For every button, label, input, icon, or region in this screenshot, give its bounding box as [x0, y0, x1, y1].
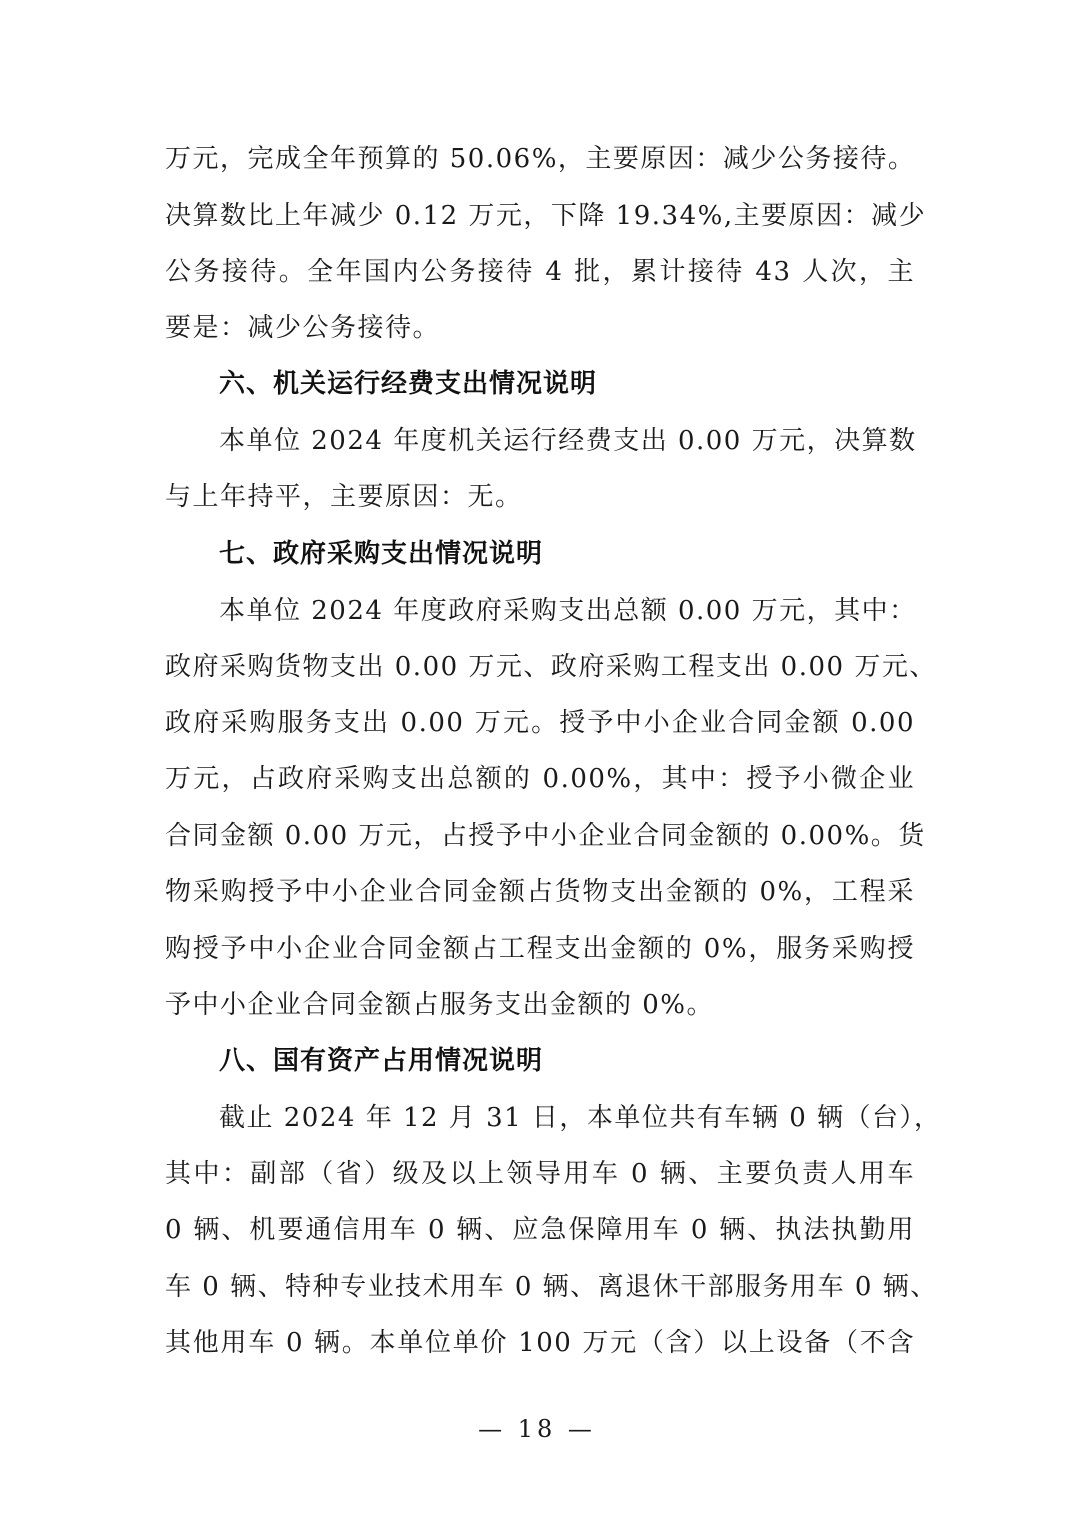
- paragraph-line: 万元，占政府采购支出总额的 0.00%，其中：授予小微企业: [165, 762, 915, 796]
- paragraph-line: 购授予中小企业合同金额占工程支出金额的 0%，服务采购授: [165, 932, 915, 966]
- paragraph-line: 本单位 2024 年度机关运行经费支出 0.00 万元，决算数: [219, 424, 915, 458]
- paragraph-line: 车 0 辆、特种专业技术用车 0 辆、离退休干部服务用车 0 辆、: [165, 1270, 915, 1304]
- paragraph-line: 政府采购货物支出 0.00 万元、政府采购工程支出 0.00 万元、: [165, 650, 915, 684]
- paragraph-line: 截止 2024 年 12 月 31 日，本单位共有车辆 0 辆（台），: [219, 1101, 915, 1135]
- paragraph-line: 予中小企业合同金额占服务支出金额的 0%。: [165, 988, 915, 1022]
- section-heading-7: 七、政府采购支出情况说明: [219, 537, 543, 571]
- paragraph-line: 决算数比上年减少 0.12 万元，下降 19.34%,主要原因：减少: [165, 199, 915, 233]
- section-heading-6: 六、机关运行经费支出情况说明: [219, 367, 597, 401]
- paragraph-line: 万元，完成全年预算的 50.06%，主要原因：减少公务接待。: [165, 142, 915, 176]
- paragraph-line: 合同金额 0.00 万元，占授予中小企业合同金额的 0.00%。货: [165, 819, 915, 853]
- section-heading-8: 八、国有资产占用情况说明: [219, 1044, 543, 1078]
- paragraph-line: 本单位 2024 年度政府采购支出总额 0.00 万元，其中：: [219, 594, 915, 628]
- paragraph-line: 0 辆、机要通信用车 0 辆、应急保障用车 0 辆、执法执勤用: [165, 1213, 915, 1247]
- page-number: — 18 —: [0, 1414, 1074, 1444]
- paragraph-line: 要是：减少公务接待。: [165, 311, 915, 345]
- paragraph-line: 其他用车 0 辆。本单位单价 100 万元（含）以上设备（不含: [165, 1326, 915, 1360]
- paragraph-line: 政府采购服务支出 0.00 万元。授予中小企业合同金额 0.00: [165, 706, 915, 740]
- paragraph-line: 公务接待。全年国内公务接待 4 批，累计接待 43 人次，主: [165, 255, 915, 289]
- document-page: 万元，完成全年预算的 50.06%，主要原因：减少公务接待。 决算数比上年减少 …: [0, 0, 1074, 1520]
- paragraph-line: 物采购授予中小企业合同金额占货物支出金额的 0%，工程采: [165, 875, 915, 909]
- paragraph-line: 其中：副部（省）级及以上领导用车 0 辆、主要负责人用车: [165, 1157, 915, 1191]
- paragraph-line: 与上年持平，主要原因：无。: [165, 480, 915, 514]
